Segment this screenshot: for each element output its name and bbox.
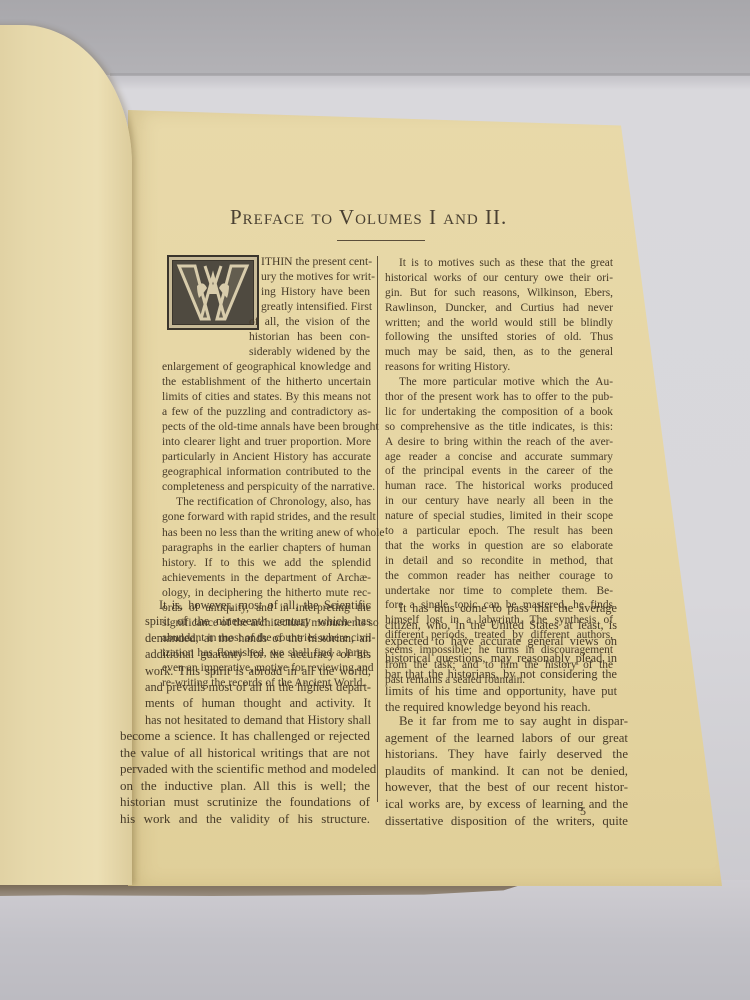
text-line: spirit of the nineteenth century which h…: [145, 613, 371, 629]
text-line: nature of special studies, limited in th…: [385, 509, 613, 524]
text-line: demanded, at the hands of the historian,…: [145, 630, 371, 646]
text-line: ury the motives for writ-: [261, 269, 370, 284]
background-wall: [0, 0, 750, 75]
text-line: that the works in question are so elabor…: [385, 539, 613, 554]
page-number: 5: [580, 804, 586, 819]
right-column-body-lower: It has thus come to pass that the averag…: [385, 600, 617, 716]
text-line: historical questions, may reasonably ple…: [385, 650, 617, 667]
text-line: the common reader has neither courage to: [385, 569, 613, 584]
drop-cap-w-icon: [167, 255, 259, 330]
text-line: has not hesitated to demand that History…: [145, 712, 371, 728]
text-line: siderably widened by the: [249, 344, 370, 359]
text-line: work. This spirit is abroad in all the w…: [145, 663, 371, 679]
text-line: ITHIN the present cent-: [261, 254, 370, 269]
ornamental-w-icon: [175, 262, 251, 323]
text-line: human race. The historical works produce…: [385, 479, 613, 494]
text-line: so comprehensive as the title indicates,…: [385, 420, 613, 435]
text-line: dissertative disposition of the writers,…: [385, 813, 628, 830]
text-line: gone forward with rapid strides, and the…: [162, 509, 371, 524]
text-line: greatly intensified. First: [261, 299, 370, 314]
text-line: the establishment of the hitherto uncert…: [162, 374, 371, 389]
text-line: paragraphs in the earlier chapters of hu…: [162, 540, 371, 555]
text-line: completeness and perspicuity of the narr…: [162, 479, 371, 494]
left-column-dropcap-text: ITHIN the present cent- ury the motives …: [261, 254, 370, 314]
text-line: The rectification of Chronology, also, h…: [162, 494, 371, 509]
text-line: limits of his time and opportunity, have…: [385, 683, 617, 700]
text-line: historian has been con-: [249, 329, 370, 344]
text-line: limits of cities and states. By this mea…: [162, 389, 371, 404]
text-line: achievements in the department of Archæ-: [162, 570, 371, 585]
text-line: citizen, who, in the United States at le…: [385, 617, 617, 634]
text-line: historians. They have fairly deserved th…: [385, 746, 628, 763]
text-line: become a science. It has challenged or r…: [120, 728, 370, 745]
text-line: following the unsifted stories of old. T…: [385, 330, 613, 345]
text-line: A desire to bring within the reach of th…: [385, 435, 613, 450]
right-column-body-bottom: Be it far from me to say aught in dispar…: [385, 713, 628, 829]
text-line: It is, however, most of all, the Scienti…: [145, 597, 371, 613]
left-column-body-bottom: become a science. It has challenged or r…: [120, 728, 370, 828]
text-line: enlargement of geographical knowledge an…: [162, 359, 371, 374]
text-line: in detail and so recondite in method, th…: [385, 554, 613, 569]
text-line: particularly in Ancient History has accu…: [162, 449, 371, 464]
text-line: historical works of our century owe thei…: [385, 271, 613, 286]
text-line: It is to motives such as these that the …: [385, 256, 613, 271]
text-line: Be it far from me to say aught in dispar…: [385, 713, 628, 730]
text-line: to a particular epoch. The result has be…: [385, 524, 613, 539]
text-line: written; and the world would still be bl…: [385, 316, 613, 331]
text-line: geographical information contributed to …: [162, 464, 371, 479]
text-line: has been no less than the writing anew o…: [162, 525, 371, 540]
text-line: of all, the vision of the: [249, 314, 370, 329]
text-line: agement of the learned labors of our gre…: [385, 730, 628, 747]
text-line: of the principal events in the career of…: [385, 464, 613, 479]
background-shelf-edge: [110, 73, 750, 76]
text-line: the value of all historical writings tha…: [120, 745, 370, 762]
title-rule-divider: [337, 240, 425, 241]
text-line: historian must scrutinize the foundation…: [120, 794, 370, 811]
text-line: however, that the best of our recent his…: [385, 779, 628, 796]
text-line: pervaded with the scientific method and …: [120, 761, 370, 778]
text-line: history. If to this we add the splendid: [162, 555, 371, 570]
text-line: lic for undertaking the composition of a…: [385, 405, 613, 420]
left-page-curl: [0, 25, 132, 885]
text-line: additional guaranty for the accuracy of …: [145, 646, 371, 662]
text-line: and prevails most of all in the highest …: [145, 679, 371, 695]
text-line: a few of the puzzling and contradictory …: [162, 404, 371, 419]
text-line: his work and the validity of his structu…: [120, 811, 370, 828]
text-line: pects of the old-time annals have been b…: [162, 419, 371, 434]
text-line: plaudits of mankind. It can not be denie…: [385, 763, 628, 780]
table-surface: [0, 880, 750, 1000]
text-line: into clearer light and truer proportion.…: [162, 434, 371, 449]
text-line: much may be said, then, as to the genera…: [385, 345, 613, 360]
text-line: expected to have accurate general views …: [385, 633, 617, 650]
text-line: Rawlinson, Duncker, and Curtius had neve…: [385, 301, 613, 316]
left-column-dropcap-text-lower: of all, the vision of the historian has …: [249, 314, 370, 359]
text-line: in our century have nearly all been in t…: [385, 494, 613, 509]
text-line: ing History have been: [261, 284, 370, 299]
text-line: bar that the historians, by not consider…: [385, 666, 617, 683]
page-title: Preface to Volumes I and II.: [230, 205, 580, 230]
text-line: It has thus come to pass that the averag…: [385, 600, 617, 617]
text-line: undertake nor time to complete them. Be-: [385, 584, 613, 599]
text-line: The more particular motive which the Au-: [385, 375, 613, 390]
text-line: ical works are, by excess of learning an…: [385, 796, 628, 813]
text-line: on the inductive plan. All this is well;…: [120, 778, 370, 795]
left-column-body-lower: It is, however, most of all, the Scienti…: [145, 597, 371, 728]
text-line: gin. But for such reasons, Wilkinson, Eb…: [385, 286, 613, 301]
text-line: ments of human thought and activity. It: [145, 695, 371, 711]
text-line: age reader a concise and accurate summar…: [385, 450, 613, 465]
text-line: reasons for writing History.: [385, 360, 613, 375]
text-line: thor of the present work has to offer to…: [385, 390, 613, 405]
